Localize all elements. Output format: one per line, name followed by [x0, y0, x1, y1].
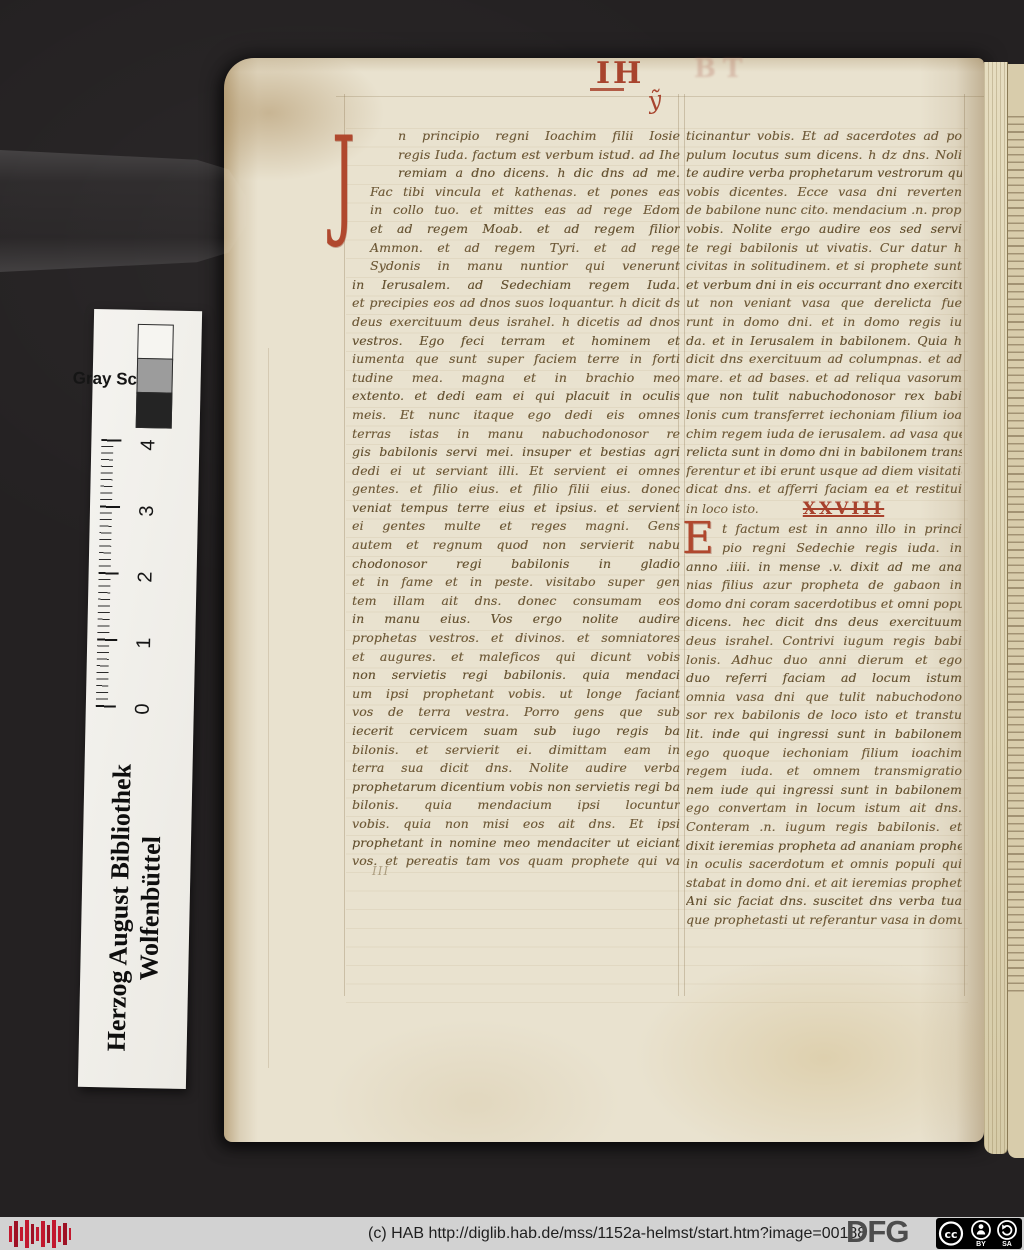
ruler-number: 3: [136, 500, 158, 522]
manuscript-line: runt in domo dni. et in domo regis iu: [686, 314, 962, 333]
manuscript-scan-viewport: IH ỹ BT J n principio regni Ioachim fili…: [0, 0, 1024, 1250]
manuscript-line: t factum est in anno illo in princi: [686, 521, 962, 540]
ruler-number: 4: [137, 434, 159, 456]
manuscript-line: prophetant in nomine meo mendaciter ut e…: [352, 835, 680, 854]
next-page-text-stripes: [1008, 116, 1024, 996]
manuscript-line: chodonosor regi babilonis in gladio: [352, 556, 680, 575]
ruler-number: 1: [133, 632, 155, 654]
manuscript-line: stabat in domo dni. et ait ieremias prop…: [686, 875, 962, 894]
right-column: ticinantur vobis. Et ad sacerdotes ad po…: [686, 128, 962, 931]
manuscript-line: remiam a dno dicens. h dic dns ad me.: [352, 165, 680, 184]
page-fold-line: [268, 348, 269, 1068]
manuscript-line: vos. et pereatis tam vos quam prophete q…: [352, 853, 680, 872]
manuscript-line: gentes. et filio eius. et filio filii ei…: [352, 481, 680, 500]
manuscript-page: IH ỹ BT J n principio regni Ioachim fili…: [224, 58, 984, 1142]
manuscript-line: Ammon. et ad regem Tyri. et ad rege: [352, 240, 680, 259]
running-title-flourish: ỹ: [646, 85, 663, 115]
manuscript-line: Fac tibi vincula et kathenas. et pones e…: [352, 184, 680, 203]
show-through-title: BT: [694, 54, 749, 84]
cc-circle-icon: cc: [940, 1223, 962, 1245]
manuscript-line: nias filius azur propheta de gabaon in: [686, 577, 962, 596]
attribution-person-icon: [972, 1221, 990, 1239]
manuscript-line: n principio regni Ioachim filii Iosie: [352, 128, 680, 147]
manuscript-line: et ad regem Moab. et ad regem filior: [352, 221, 680, 240]
grayscale-ruler-card: Gray Scale 43210 Herzog August Bibliothe…: [78, 309, 202, 1089]
chapter-28-section: E t factum est in anno illo in principio…: [686, 521, 962, 930]
manuscript-line: Conteram .n. iugum regis babilonis. et: [686, 819, 962, 838]
manuscript-line: iecerit cervicem suam sub iugo regis ba: [352, 723, 680, 742]
manuscript-line: civitas in solitudinem. et si prophete s…: [686, 258, 962, 277]
manuscript-line: dicat dns. et afferri faciam ea et resti…: [686, 481, 962, 500]
manuscript-line: deus israhel. Contrivi iugum regis babi: [686, 633, 962, 652]
cc-by-label: BY: [971, 1241, 991, 1248]
manuscript-line: pulum locutus sum dicens. h dz dns. Noli: [686, 147, 962, 166]
manuscript-line: regem iuda. et omnem transmigratio: [686, 763, 962, 782]
manuscript-line: in manu eius. Vos ergo nolite audire: [352, 611, 680, 630]
manuscript-line: dicens. hec dicit dns deus exercituum: [686, 614, 962, 633]
manuscript-line: chim regem iuda de ierusalem. ad vasa qu…: [686, 426, 962, 445]
manuscript-line: de babilone nunc cito. mendacium .n. pro…: [686, 202, 962, 221]
manuscript-line: deus exercituum deus israhel. h dicetis …: [352, 314, 680, 333]
manuscript-line: ferentur et ibi erunt usque ad diem visi…: [686, 463, 962, 482]
plastic-page-holder-strip: [0, 150, 246, 272]
manuscript-line: relicta sunt in domo dni in babilonem tr…: [686, 444, 962, 463]
manuscript-line: te audire verba prophetarum vestrorum qu…: [686, 165, 962, 184]
svg-text:cc: cc: [944, 1228, 957, 1241]
book-fore-edge: [984, 62, 1008, 1154]
manuscript-line: te regi babilonis ut vivatis. Cur datur …: [686, 240, 962, 259]
manuscript-line: in Ierusalem. ad Sedechiam regem Iuda.: [352, 277, 680, 296]
manuscript-line: et in fame et in peste. visitabo super g…: [352, 574, 680, 593]
manuscript-line: ego quoque iechoniam filium ioachim: [686, 745, 962, 764]
manuscript-line: dixit ieremias propheta ad ananiam proph…: [686, 838, 962, 857]
manuscript-line: que non tulit nabuchodonosor rex babi: [686, 388, 962, 407]
copyright-url-text: (c) HAB http://diglib.hab.de/mss/1152a-h…: [368, 1217, 866, 1250]
manuscript-line: dedi ei ut serviant illi. Et servient ei…: [352, 463, 680, 482]
manuscript-line: vobis dicentes. Ecce vasa dni reverten: [686, 184, 962, 203]
manuscript-line: lit. inde qui ingressi sunt in babilonem: [686, 726, 962, 745]
manuscript-line: vos de terra vestra. Porro gens que sub: [352, 704, 680, 723]
ruler-number: 0: [132, 698, 154, 720]
manuscript-line: et augures. et maleficos qui dicunt vobi…: [352, 649, 680, 668]
manuscript-line: terras istas in manu nabuchodonosor re: [352, 426, 680, 445]
right-column-part2-lines: t factum est in anno illo in principio r…: [686, 521, 962, 930]
manuscript-line: duo referri faciam ad locum istum: [686, 670, 962, 689]
manuscript-line: tudine mea. magna et in brachio meo: [352, 370, 680, 389]
manuscript-line: um ipsi prophetant vobis. ut longe facia…: [352, 686, 680, 705]
manuscript-line: ut non veniant vasa que derelicta fue: [686, 295, 962, 314]
manuscript-line: domo dni coram sacerdotibus et omni popu…: [686, 596, 962, 615]
manuscript-line: omnia vasa dni que tulit nabuchodono: [686, 689, 962, 708]
running-title: IH: [596, 56, 644, 91]
manuscript-line: terra sua dicit dns. Nolite audire verba: [352, 760, 680, 779]
cc-sa-label: SA: [997, 1241, 1017, 1248]
manuscript-line: Sydonis in manu nuntior qui venerunt: [352, 258, 680, 277]
ruler-number: 2: [134, 566, 156, 588]
manuscript-line: ego convertam in locum istum ait dns.: [686, 800, 962, 819]
share-alike-icon: [998, 1221, 1016, 1239]
manuscript-line: pio regni Sedechie regis iuda. in: [686, 540, 962, 559]
manuscript-line: prophetas vestros. et divinos. et somnia…: [352, 630, 680, 649]
manuscript-line: da. et in Ierusalem in babilonem. Quia h: [686, 333, 962, 352]
institution-name: Herzog August Bibliothek Wolfenbüttel: [84, 733, 187, 1083]
left-column-lines: n principio regni Ioachim filii Iosiereg…: [352, 128, 680, 872]
manuscript-line: non servietis regi babilonis. quia menda…: [352, 667, 680, 686]
footer-bar: (c) HAB http://diglib.hab.de/mss/1152a-h…: [0, 1217, 1024, 1250]
manuscript-line: vestros. Ego feci terram et hominem et: [352, 333, 680, 352]
dfg-logo: DFG: [846, 1214, 908, 1250]
manuscript-line: prophetarum dicentium vobis non servieti…: [352, 779, 680, 798]
right-column-part1-lines: ticinantur vobis. Et ad sacerdotes ad po…: [686, 128, 962, 500]
manuscript-line: veniat tempus terre eius et ipsius. et s…: [352, 500, 680, 519]
hab-red-bars-logo-icon: [8, 1219, 72, 1249]
manuscript-line: in oculis sacerdotum et omnis populi qui: [686, 856, 962, 875]
manuscript-line: ticinantur vobis. Et ad sacerdotes ad po: [686, 128, 962, 147]
manuscript-line: sor rex babilonis de loco isto et transt…: [686, 707, 962, 726]
left-column: J n principio regni Ioachim filii Iosier…: [352, 128, 680, 872]
manuscript-line: meis. Et nunc itaque ego dedi eis omnes: [352, 407, 680, 426]
manuscript-line: iumenta que sunt super faciem terre in f…: [352, 351, 680, 370]
cc-license-badge: cc BY SA: [936, 1218, 1022, 1249]
manuscript-line: in collo tuo. et mittes eas ad rege Edom: [352, 202, 680, 221]
manuscript-line: anno .iiii. in mense .v. dixit ad me ana: [686, 559, 962, 578]
manuscript-line: que prophetasti ut referantur vasa in do…: [686, 912, 962, 931]
manuscript-line: extento. et dedi eam ei qui placuit in o…: [352, 388, 680, 407]
manuscript-line: vobis. quia non misi eos ait dns. Et ips…: [352, 816, 680, 835]
red-initial-E: E: [682, 517, 714, 561]
manuscript-line: bilonis. et servierit ei. dimittam eam i…: [352, 742, 680, 761]
manuscript-line: autem et regnum quod non servierit nabu: [352, 537, 680, 556]
manuscript-line: lonis. Adhuc duo anni dierum et ego: [686, 652, 962, 671]
chapter-transition-line: in loco isto. XXVIII: [686, 500, 962, 519]
manuscript-line: gis babilonis servi mei. insuper et best…: [352, 444, 680, 463]
manuscript-line: Ani sic faciat dns. suscitet dns verba t…: [686, 893, 962, 912]
next-page-sliver: [1008, 64, 1024, 1158]
manuscript-line: tem illam ait dns. donec consumam eos: [352, 593, 680, 612]
chapter-number-rubric: XXVIII: [803, 499, 884, 519]
manuscript-line: nem iude qui ingressi sunt in babilonem: [686, 782, 962, 801]
margin-annotation: III: [372, 864, 389, 878]
institution-line-2: Wolfenbüttel: [132, 734, 170, 1083]
manuscript-line: vobis. Nolite ergo audire eos sed servi: [686, 221, 962, 240]
manuscript-line: bilonis. quia mendacium ipsi locuntur: [352, 797, 680, 816]
manuscript-line: et verbum dni in eis occurrant dno exerc…: [686, 277, 962, 296]
manuscript-line: regis Iuda. factum est verbum istud. ad …: [352, 147, 680, 166]
manuscript-line: ei gentes multe et reges magni. Gens: [352, 518, 680, 537]
manuscript-line: mare. et ad bases. et ad reliqua vasorum: [686, 370, 962, 389]
running-title-bar: [590, 88, 624, 91]
manuscript-line: et precipies eos ad dnos suos loquantur.…: [352, 295, 680, 314]
manuscript-line: dicit dns exercituum ad columpnas. et ad: [686, 351, 962, 370]
red-initial-J: J: [332, 122, 355, 242]
manuscript-line: lonis cum transferret iechoniam filium i…: [686, 407, 962, 426]
text-block: J n principio regni Ioachim filii Iosier…: [346, 128, 968, 1008]
